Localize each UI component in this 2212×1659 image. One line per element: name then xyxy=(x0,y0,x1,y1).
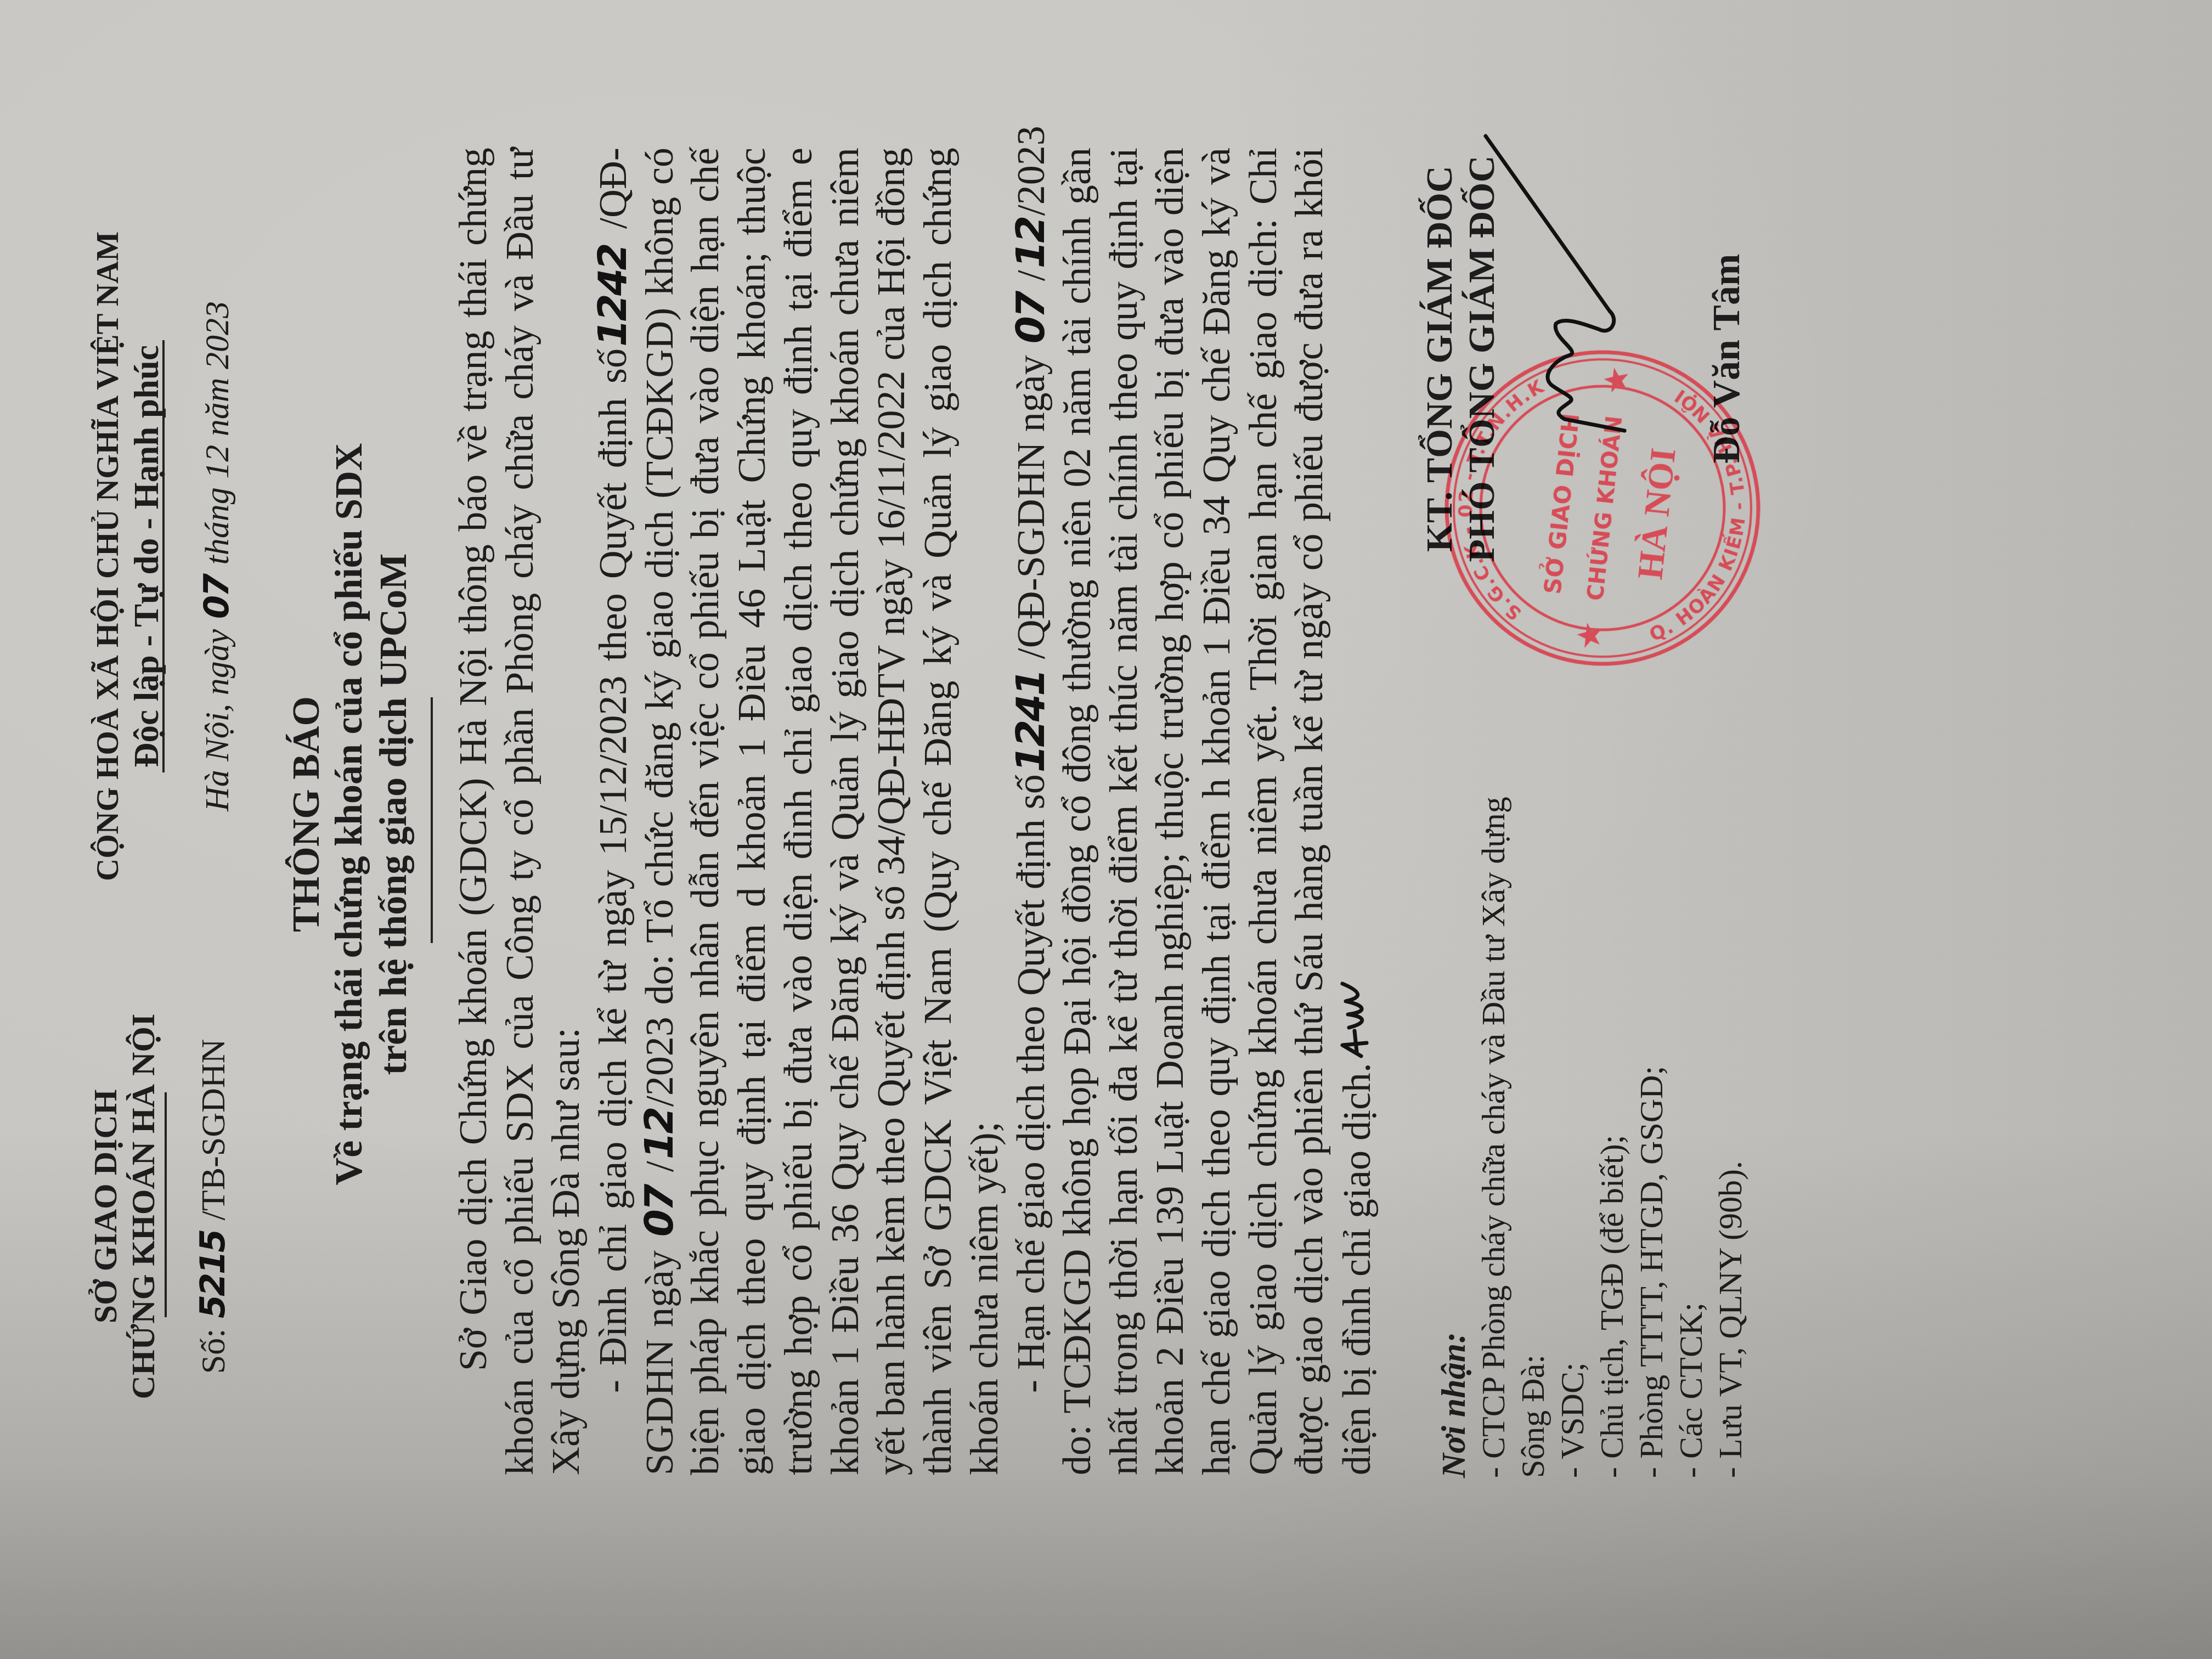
official-seal: S.G.C.K - 02 - T.T.N.H.K Q. HOÀN KIẾM - … xyxy=(1427,333,1777,682)
body-line: thành viên Sở GDCK Việt Nam (Quy chế Đăn… xyxy=(915,148,961,1475)
issuer-underline xyxy=(165,1092,167,1317)
body-line: hạn chế giao dịch theo quy định tại điểm… xyxy=(1193,148,1240,1475)
seal-center-line2: CHỨNG KHOÁN xyxy=(1582,415,1627,602)
handwritten-entry: 1241 xyxy=(1007,669,1053,774)
document-page: SỞ GIAO DỊCH CHỨNG KHOÁN HÀ NỘI Số: 5215… xyxy=(0,0,2212,1659)
document-subject-line1: Về trạng thái chứng khoán của cổ phiếu S… xyxy=(328,266,371,1363)
place-date: Hà Nội, ngày 07 tháng 12 năm 2023 xyxy=(198,172,236,940)
handwritten-entry: 12 xyxy=(1007,216,1053,270)
body-line: SGDHN ngày 07 /12/2023 do: Tổ chức đăng … xyxy=(636,148,682,1475)
body-line: Xây dựng Sông Đà như sau: xyxy=(543,148,589,1475)
national-title: CỘNG HOÀ XÃ HỘI CHỦ NGHĨA VIỆT NAM xyxy=(89,172,127,940)
document-number: Số: 5215 /TB-SGDHN xyxy=(194,960,233,1453)
seal-center-line1: SỞ GIAO DỊCH xyxy=(1536,411,1584,595)
body-line: Sở Giao dịch Chứng khoán (GDCK) Hà Nội t… xyxy=(450,148,496,1475)
body-line: khoán chưa niêm yết); xyxy=(961,148,1008,1475)
recipient-item: - Lưu VT, QLNY (90b). xyxy=(1711,655,1750,1478)
body-line: - Hạn chế giao dịch theo Quyết định số12… xyxy=(1007,148,1054,1475)
recipients-block: Nơi nhận: - CTCP Phòng cháy chữa cháy và… xyxy=(1434,655,1750,1478)
document-subject-line2: trên hệ thống giao dịch UPCoM xyxy=(372,266,416,1363)
title-underline xyxy=(431,697,433,943)
body-line: yết ban hành kèm theo Quyết định số 34/Q… xyxy=(868,148,915,1475)
handwritten-initials-icon xyxy=(1333,979,1376,1062)
body-line: nhất trong thời hạn tối đa kể từ thời đi… xyxy=(1101,148,1147,1475)
body-line: giao dịch theo quy định tại điểm d khoản… xyxy=(729,148,775,1475)
recipient-item: - Chủ tịch, TGĐ (để biết); xyxy=(1592,655,1632,1478)
body-line-text: diện bị đình chỉ giao dịch. xyxy=(1335,1063,1379,1475)
issuer-name-line1: SỞ GIAO DỊCH xyxy=(86,960,125,1453)
body-line: Quản lý giao dịch chứng khoán chưa niêm … xyxy=(1240,148,1286,1475)
recipient-item: - Các CTCK; xyxy=(1671,655,1711,1478)
handwritten-entry: 07 xyxy=(636,1184,682,1238)
handwritten-entry: 07 xyxy=(1007,291,1053,345)
recipients-label: Nơi nhận: xyxy=(1434,655,1474,1478)
body-line: khoán của cổ phiếu SDX của Công ty cổ ph… xyxy=(496,148,543,1475)
handwritten-entry: 12 xyxy=(636,1107,682,1161)
recipient-item: - Phòng TTTT, HTGD, GSGD; xyxy=(1632,655,1671,1478)
motto-underline xyxy=(162,340,165,772)
handwritten-entry: 5215 xyxy=(193,1229,233,1320)
body-line: trường hợp cổ phiếu bị đưa vào diện đình… xyxy=(775,148,822,1475)
national-motto: Độc lập - Tự do - Hạnh phúc xyxy=(127,172,166,940)
body-text: Sở Giao dịch Chứng khoán (GDCK) Hà Nội t… xyxy=(450,148,1379,1475)
body-line: được giao dịch vào phiên thứ Sáu hàng tu… xyxy=(1286,148,1333,1475)
handwritten-entry: 1242 xyxy=(589,243,635,348)
document-type-title: THÔNG BÁO xyxy=(285,266,329,1363)
recipient-item: - CTCP Phòng cháy chữa cháy và Đầu tư Xâ… xyxy=(1474,655,1513,1478)
seal-center-line3: HÀ NỘI xyxy=(1630,446,1684,582)
body-line: khoản 2 Điều 139 Luật Doanh nghiệp; thuộ… xyxy=(1147,148,1193,1475)
body-line: do: TCĐKGD không họp Đại hội đồng cổ đôn… xyxy=(1054,148,1101,1475)
seal-star-icon xyxy=(1576,622,1602,650)
body-line: - Đình chỉ giao dịch kể từ ngày 15/12/20… xyxy=(589,148,636,1475)
body-line: khoản 1 Điều 36 Quy chế Đăng ký và Quản … xyxy=(822,148,868,1475)
body-line: biện pháp khắc phục nguyên nhân dẫn đến … xyxy=(682,148,729,1475)
handwritten-entry: 07 xyxy=(196,573,236,620)
issuer-name-line2: CHỨNG KHOÁN HÀ NỘI xyxy=(124,960,162,1453)
seal-star-icon xyxy=(1602,366,1629,394)
body-line: diện bị đình chỉ giao dịch. xyxy=(1333,148,1379,1475)
recipient-item: Sông Đà: xyxy=(1513,655,1553,1478)
recipient-item: - VSDC; xyxy=(1553,655,1592,1478)
